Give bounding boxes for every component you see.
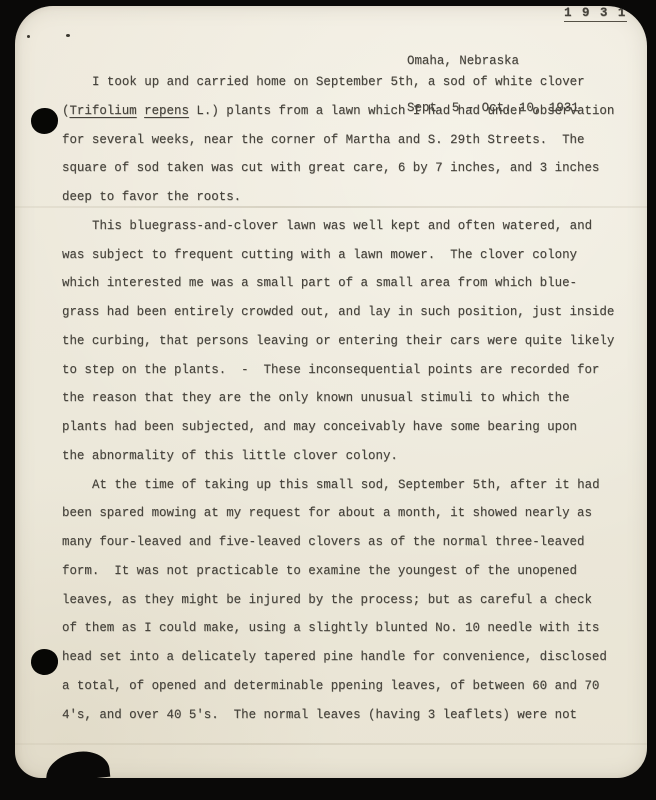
typed-line: the abnormality of this little clover co… [62, 448, 637, 477]
typed-line: been spared mowing at my request for abo… [62, 505, 637, 534]
underlined-term: Trifolium [69, 104, 136, 118]
typed-line: to step on the plants. - These inconsequ… [62, 362, 637, 391]
typed-line: leaves, as they might be injured by the … [62, 592, 637, 621]
typed-line: grass had been entirely crowded out, and… [62, 304, 637, 333]
typed-line: square of sod taken was cut with great c… [62, 160, 637, 189]
year-heading: 1 9 3 1 [564, 6, 627, 22]
typed-text: been spared mowing at my request for abo… [62, 506, 592, 520]
typed-text: L.) plants from a lawn which I had had u… [189, 104, 614, 118]
paper-speck [66, 34, 70, 37]
typed-text: was subject to frequent cutting with a l… [62, 248, 577, 262]
document-page: 1 9 3 1 Omaha, Nebraska Sept. 5 - Oct. 1… [15, 6, 647, 778]
typed-text: square of sod taken was cut with great c… [62, 161, 599, 175]
typed-text: many four-leaved and five-leaved clovers… [62, 535, 584, 549]
typed-line: was subject to frequent cutting with a l… [62, 247, 637, 276]
typed-line: the reason that they are the only known … [62, 390, 637, 419]
typed-text [137, 104, 144, 118]
typed-text: the curbing, that persons leaving or ent… [62, 334, 614, 348]
typed-line: for several weeks, near the corner of Ma… [62, 132, 637, 161]
typed-text: to step on the plants. - These inconsequ… [62, 363, 599, 377]
typed-line: of them as I could make, using a slightl… [62, 620, 637, 649]
typed-line: the curbing, that persons leaving or ent… [62, 333, 637, 362]
dateline-location: Omaha, Nebraska [407, 54, 579, 70]
typed-line: form. It was not practicable to examine … [62, 563, 637, 592]
typed-line: many four-leaved and five-leaved clovers… [62, 534, 637, 563]
typed-text: plants had been subjected, and may conce… [62, 420, 577, 434]
typed-text: of them as I could make, using a slightl… [62, 621, 599, 635]
typed-line: deep to favor the roots. [62, 189, 637, 218]
typed-text: At the time of taking up this small sod,… [92, 478, 600, 492]
typed-text: for several weeks, near the corner of Ma… [62, 133, 584, 147]
typed-line: a total, of opened and determinable ppen… [62, 678, 637, 707]
typed-line: which interested me was a small part of … [62, 275, 637, 304]
typed-text: which interested me was a small part of … [62, 276, 577, 290]
typed-body: I took up and carried home on September … [62, 74, 637, 735]
typed-text: I took up and carried home on September … [92, 75, 585, 89]
typed-line: At the time of taking up this small sod,… [62, 477, 637, 506]
typed-text: 4's, and over 40 5's. The normal leaves … [62, 708, 577, 722]
typed-line: head set into a delicately tapered pine … [62, 649, 637, 678]
typed-line: plants had been subjected, and may conce… [62, 419, 637, 448]
punch-hole-top [31, 108, 58, 134]
typed-line: (Trifolium repens L.) plants from a lawn… [62, 103, 637, 132]
typed-text: form. It was not practicable to examine … [62, 564, 577, 578]
typed-text: a total, of opened and determinable ppen… [62, 679, 599, 693]
typed-text: the reason that they are the only known … [62, 391, 570, 405]
typed-text: deep to favor the roots. [62, 190, 241, 204]
folded-corner-notch [44, 749, 111, 778]
typed-text: the abnormality of this little clover co… [62, 449, 398, 463]
underlined-term: repens [144, 104, 189, 118]
typed-line: 4's, and over 40 5's. The normal leaves … [62, 707, 637, 736]
typed-text: leaves, as they might be injured by the … [62, 593, 592, 607]
typed-text: head set into a delicately tapered pine … [62, 650, 607, 664]
paper-crease [15, 743, 647, 745]
paper-speck [27, 35, 30, 38]
typed-text: grass had been entirely crowded out, and… [62, 305, 614, 319]
typed-text: This bluegrass-and-clover lawn was well … [92, 219, 592, 233]
typed-line: This bluegrass-and-clover lawn was well … [62, 218, 637, 247]
scanned-page-background: 1 9 3 1 Omaha, Nebraska Sept. 5 - Oct. 1… [0, 0, 656, 800]
typed-line: I took up and carried home on September … [62, 74, 637, 103]
